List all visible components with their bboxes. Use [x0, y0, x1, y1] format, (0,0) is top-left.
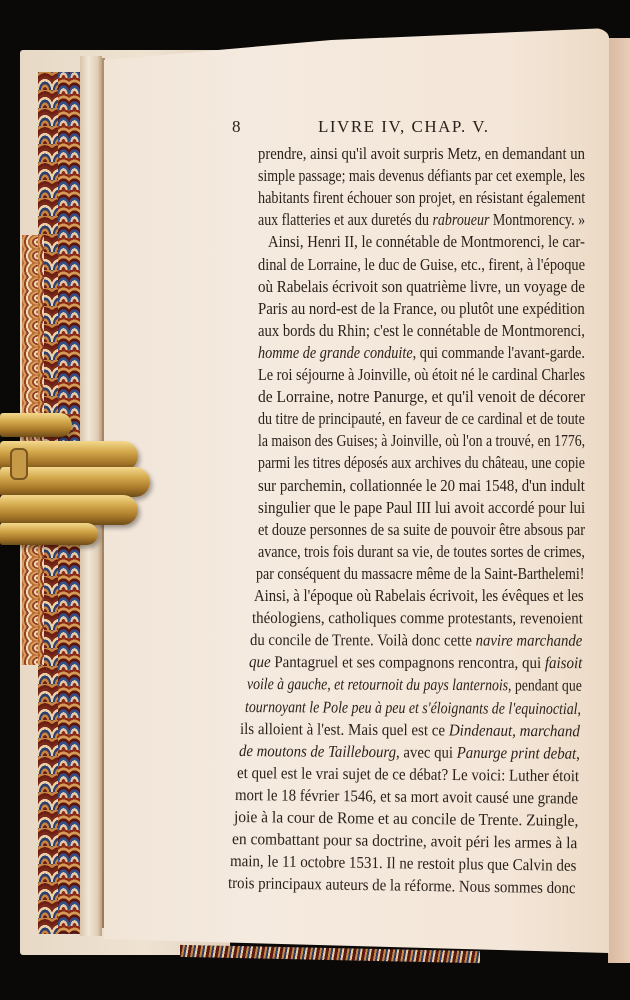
text-line: Ainsi, Henri II, le connétable de Montmo… [268, 234, 585, 250]
text-line: homme de grande conduite, qui commande l… [258, 345, 585, 361]
text-line: de Lorraine, notre Panurge, et qu'il ven… [258, 389, 585, 405]
text-line: singulier que le pape Paul III lui avoit… [258, 500, 585, 516]
chapter-title: LIVRE IV, CHAP. V. [318, 117, 490, 137]
brass-finger [0, 413, 72, 437]
text-line: avance, trois fois durant sa vie, de tou… [258, 544, 585, 560]
text-line: voile à gauche, et retournoit du pays la… [247, 676, 582, 694]
text-line: aux bords du Rhin; c'est le connétable d… [258, 323, 585, 339]
text-line: la maison des Guises; à Joinville, où l'… [258, 433, 585, 449]
text-line: de moutons de Taillebourg, avec qui Panu… [239, 743, 580, 762]
text-line: dinal de Lorraine, le duc de Guise, etc.… [258, 257, 585, 273]
next-page-edge [608, 38, 630, 963]
text-line: parmi les titres déposés aux archives du… [258, 455, 585, 471]
text-line: Le roi séjourne à Joinville, où étoit né… [258, 367, 585, 383]
text-line: joie à la cour de Rome et au concile de … [233, 809, 578, 829]
text-line: Paris au nord-est de la France, ou plutô… [258, 301, 585, 317]
text-line: aux flatteries et aux duretés du rabroue… [258, 212, 585, 228]
brass-thumb [0, 523, 98, 545]
text-line: sur parchemin, collationnée le 20 mai 15… [258, 478, 585, 494]
text-line: habitants firent échouer son projet, en … [258, 190, 585, 206]
text-line: où Rabelais écrivoit son quatrième livre… [258, 279, 585, 295]
text-line: que Pantagruel et ses compagnons rencont… [248, 654, 581, 672]
text-line: en combattant pour sa doctrine, avoit pé… [232, 831, 578, 852]
text-line: prendre, ainsi qu'il avoit surpris Metz,… [258, 146, 585, 162]
text-line: tournoyant le Pole peu à peu et s'éloign… [245, 699, 581, 717]
text-line: et quel est le vrai sujet de ce débat? L… [237, 765, 579, 785]
text-line: du concile de Trente. Voilà donc cette n… [250, 632, 582, 649]
text-line: théologiens, catholiques comme protestan… [252, 610, 583, 627]
page-number: 8 [232, 117, 241, 137]
text-line: mort le 18 février 1546, et sa mort avoi… [235, 787, 578, 807]
brass-finger [0, 495, 138, 525]
text-line: et douze personnes de sa suite de pouvoi… [258, 522, 585, 538]
ring-icon [10, 448, 28, 480]
book-photo: 8 LIVRE IV, CHAP. V. prendre, ainsi qu'i… [0, 0, 630, 1000]
text-line: par conséquent du massacre même de la Sa… [256, 566, 584, 582]
text-line: ils alloient à l'est. Mais quel est ce D… [240, 721, 580, 740]
text-line: Ainsi, à l'époque où Rabelais écrivoit, … [254, 588, 584, 604]
text-line: du titre de principauté, en faveur de ce… [258, 411, 585, 427]
text-line: simple passage; mais devenus défiants pa… [258, 168, 585, 184]
